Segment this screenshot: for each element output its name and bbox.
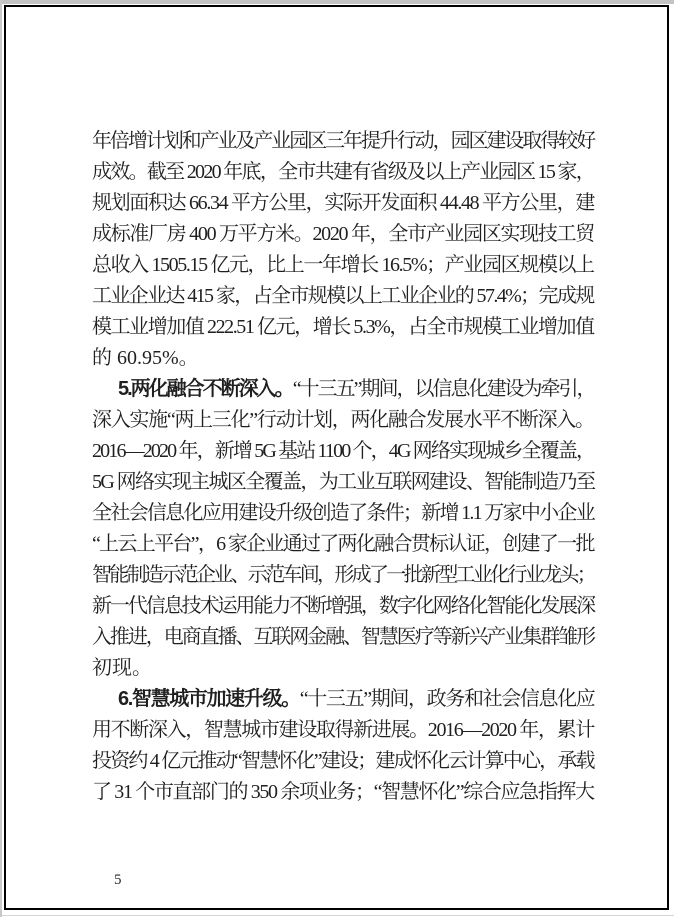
text-line: 新一代信息技术运用能力不断增强，数字化网络化智能化发展深 — [92, 591, 594, 622]
section-heading-6: 6.智慧城市加速升级。 — [118, 688, 300, 710]
page-text: 年倍增计划和产业及产业园区三年提升行动，园区建设取得较好 成效。截至 2020 … — [92, 126, 594, 808]
document-viewer: 年倍增计划和产业及产业园区三年提升行动，园区建设取得较好 成效。截至 2020 … — [0, 0, 674, 917]
text-line: 智能制造示范企业、示范车间，形成了一批新型工业化行业龙头； — [92, 560, 594, 591]
text-line: 深入实施“两上三化”行动计划，两化融合发展水平不断深入。 — [92, 405, 594, 436]
text-line: 年倍增计划和产业及产业园区三年提升行动，园区建设取得较好 — [92, 126, 594, 157]
section-heading-6-rest: “十三五”期间，政务和社会信息化应 — [300, 688, 595, 710]
text-line: 工业企业达 415 家，占全市规模以上工业企业的 57.4%；完成规 — [92, 281, 594, 312]
text-line: 的 60.95%。 — [92, 343, 594, 374]
text-line: 初现。 — [92, 653, 594, 684]
text-line: 5.两化融合不断深入。“十三五”期间，以信息化建设为牵引， — [92, 374, 594, 405]
text-line: “上云上平台”，6 家企业通过了两化融合贯标认证，创建了一批 — [92, 529, 594, 560]
text-line: 全社会信息化应用建设升级创造了条件；新增 1.1 万家中小企业 — [92, 498, 594, 529]
text-line: 2016—2020 年，新增 5G 基站 1100 个，4G 网络实现城乡全覆盖… — [92, 436, 594, 467]
viewer-edge-left — [0, 0, 2, 917]
text-line: 模工业增加值 222.51 亿元，增长 5.3%，占全市规模工业增加值 — [92, 312, 594, 343]
text-line: 成标准厂房 400 万平方米。2020 年，全市产业园区实现技工贸 — [92, 219, 594, 250]
viewer-edge-top — [0, 0, 674, 4]
text-line: 5G 网络实现主城区全覆盖，为工业互联网建设、智能制造乃至 — [92, 467, 594, 498]
text-line: 总收入 1505.15 亿元，比上一年增长 16.5%；产业园区规模以上 — [92, 250, 594, 281]
text-line: 6.智慧城市加速升级。“十三五”期间，政务和社会信息化应 — [92, 684, 594, 715]
section-heading-5: 5.两化融合不断深入。 — [118, 378, 293, 400]
text-line: 入推进，电商直播、互联网金融、智慧医疗等新兴产业集群雏形 — [92, 622, 594, 653]
text-line: 成效。截至 2020 年底，全市共建有省级及以上产业园区 15 家， — [92, 157, 594, 188]
page-number: 5 — [114, 872, 122, 889]
page-separator — [2, 915, 674, 916]
text-line: 用不断深入，智慧城市建设取得新进展。2016—2020 年，累计 — [92, 715, 594, 746]
section-heading-5-rest: “十三五”期间，以信息化建设为牵引， — [293, 378, 595, 400]
text-line: 规划面积达 66.34 平方公里，实际开发面积 44.48 平方公里，建 — [92, 188, 594, 219]
text-line: 了 31 个市直部门的 350 余项业务；“智慧怀化”综合应急指挥大 — [92, 777, 594, 808]
text-line: 投资约 4 亿元推动“智慧怀化”建设；建成怀化云计算中心，承载 — [92, 746, 594, 777]
